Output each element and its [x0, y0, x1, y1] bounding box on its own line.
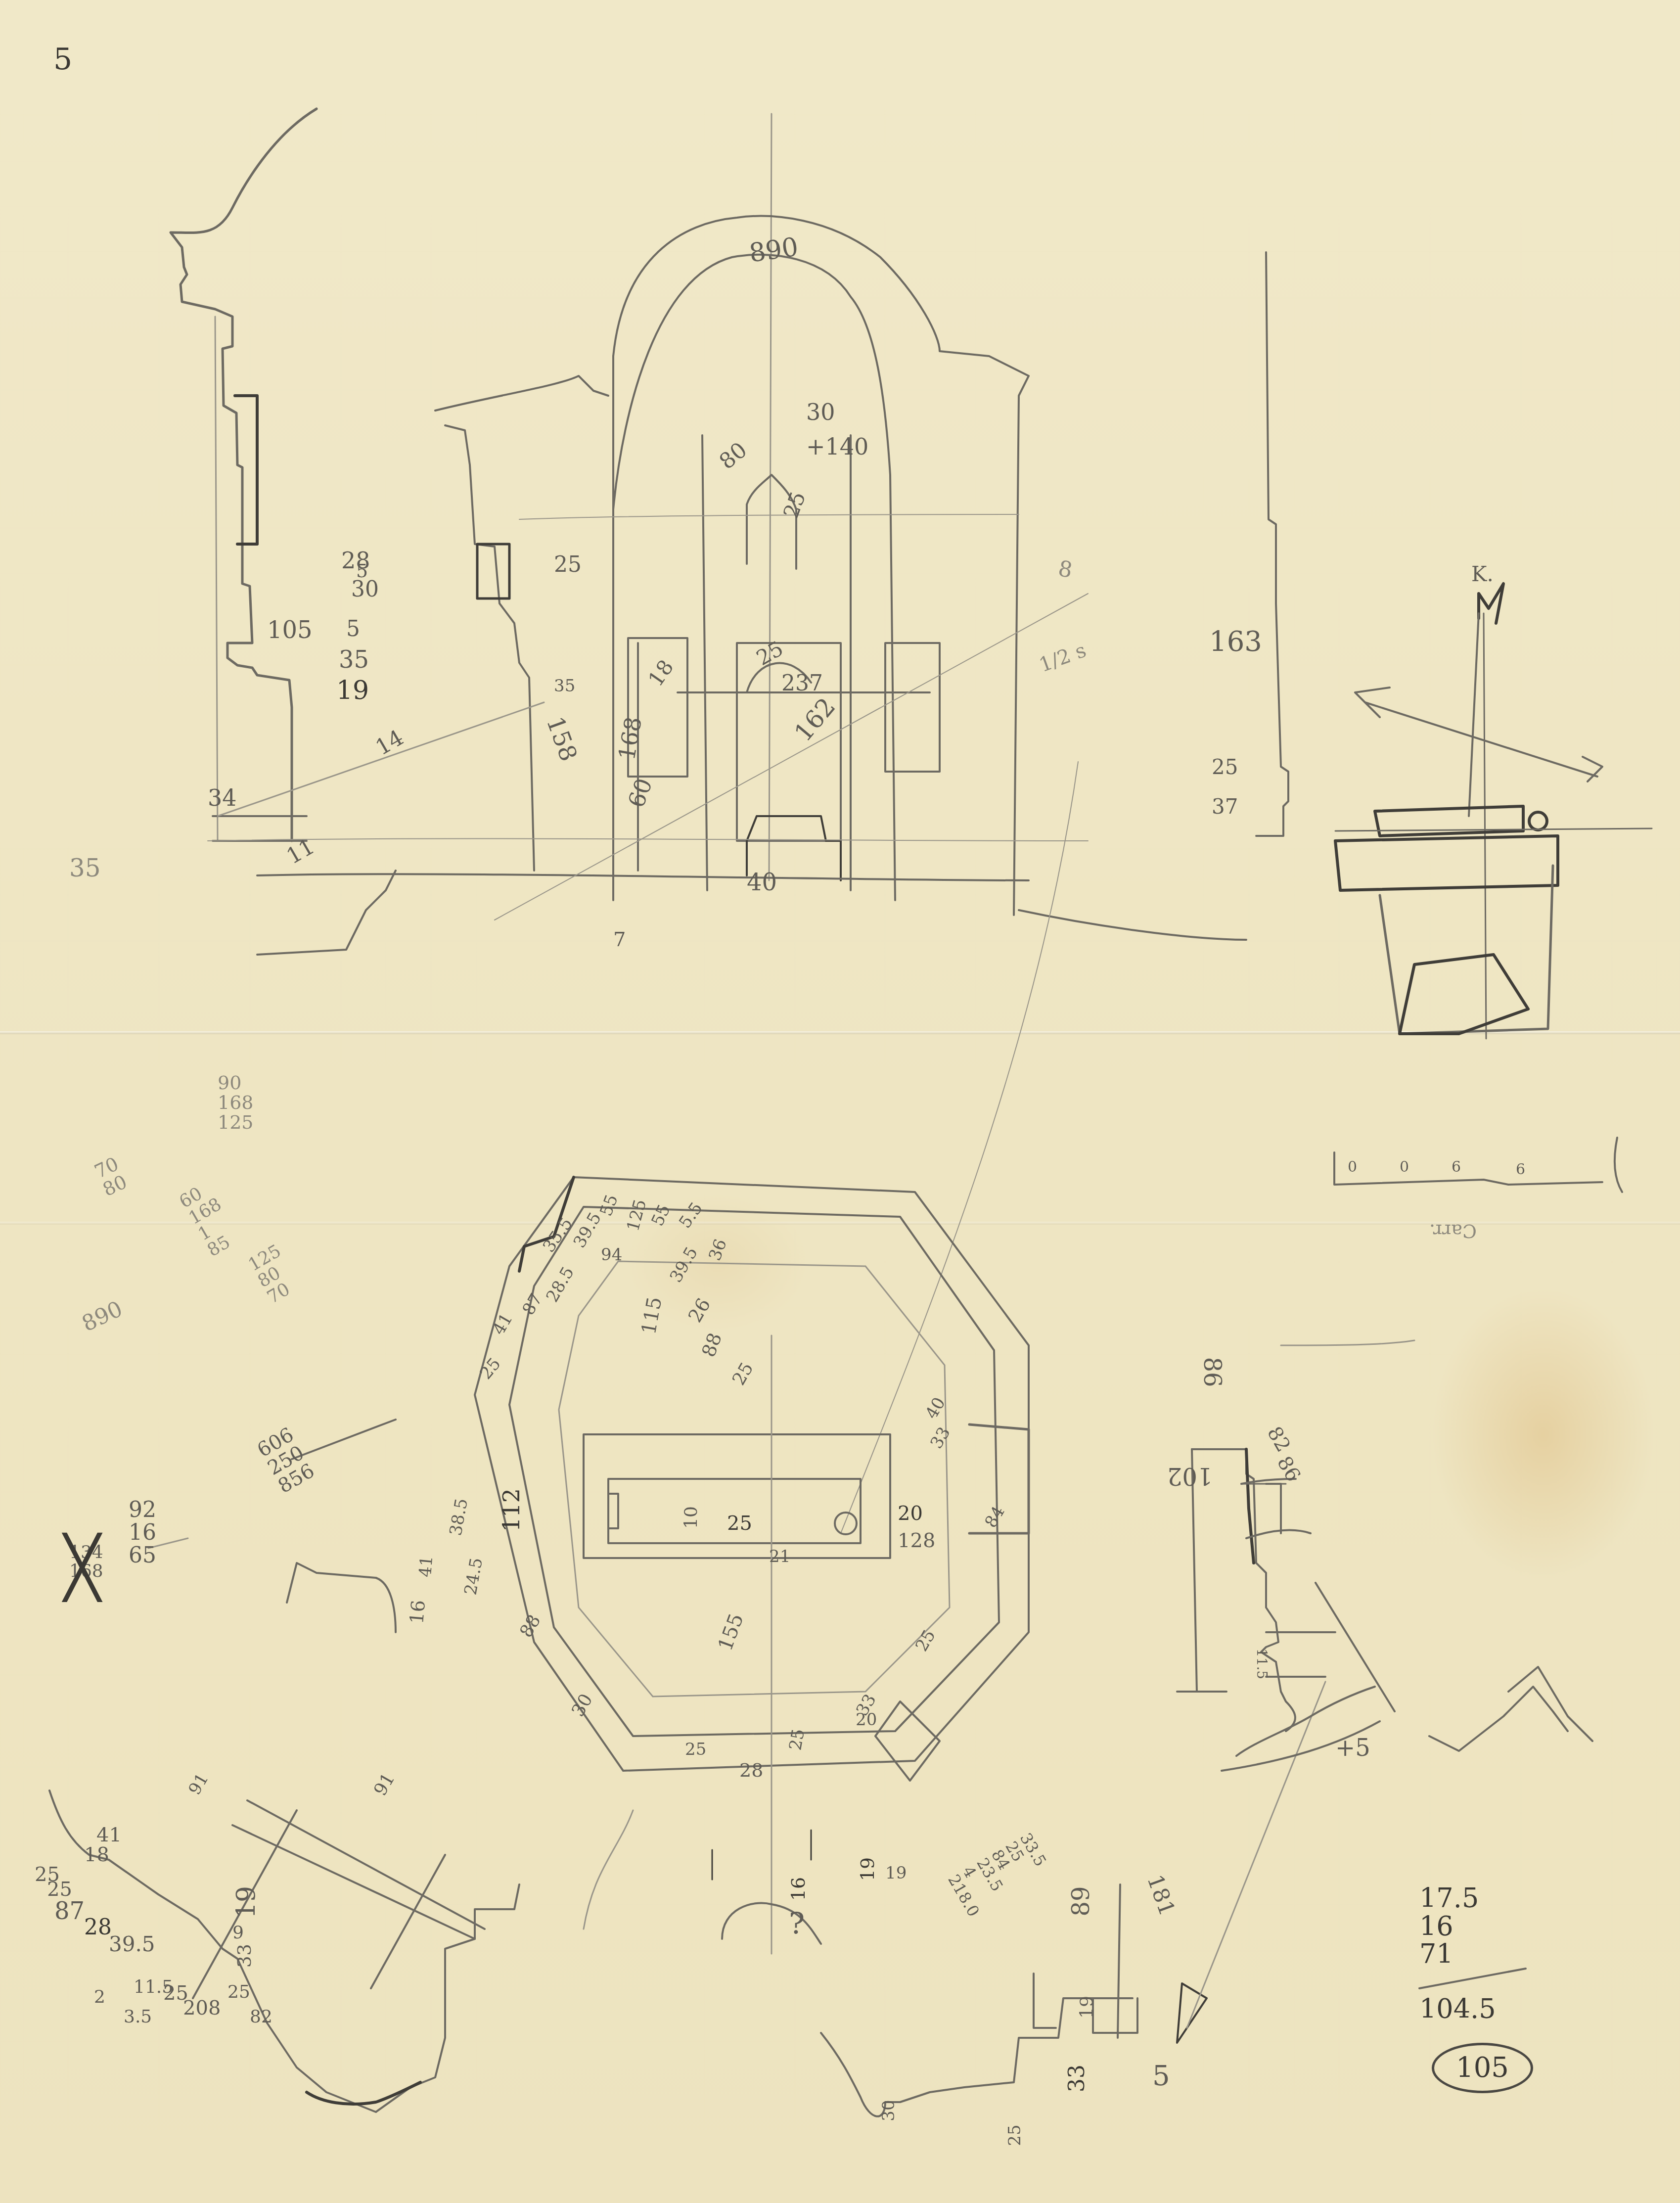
section-dimension: 35 — [554, 678, 575, 694]
plan-dimension: 21 — [769, 1548, 790, 1565]
detail-dimension: 25 — [227, 1983, 250, 2001]
detail-dimension: 19 — [1078, 1996, 1096, 2019]
arch-apex-dimension: 890 — [748, 234, 800, 266]
circled-result: 105 — [1432, 2043, 1533, 2093]
door-dimension: 168 — [615, 715, 645, 762]
section-dimension: 35 — [339, 648, 369, 672]
detail-dimension: 3.5 — [124, 2008, 152, 2026]
plan-dimension: 10 — [682, 1506, 700, 1529]
cornice-dimension: +140 — [806, 435, 868, 458]
plan-dimension: 20 — [898, 1504, 923, 1523]
profile-dimension: 11.5 — [1255, 1649, 1269, 1679]
plan-dimension: 16 — [789, 1877, 808, 1901]
scale-bar — [1334, 1138, 1622, 1192]
detail-dimension: 208 — [183, 1998, 221, 2018]
section-dimension: 25 — [554, 554, 582, 576]
door-dimension: 40 — [747, 871, 777, 894]
profile-dimension: 25 — [1212, 757, 1238, 778]
right-mid-profile — [1177, 1340, 1592, 1771]
lower-center-detail — [722, 1682, 1325, 2116]
detail-dimension: 2 — [94, 1988, 105, 2006]
chapel-elevation — [208, 114, 1246, 1533]
plan-dimension: 112 — [500, 1488, 523, 1532]
cornice-dimension: 30 — [806, 401, 835, 423]
door-dimension: 237 — [781, 673, 823, 694]
section-dimension: 7 — [613, 930, 626, 950]
plan-dimension: 128 — [898, 1531, 935, 1551]
scale-caption: Carr. — [1429, 1222, 1477, 1240]
detail-dimension: 25 — [1006, 2124, 1023, 2146]
right-profile-line — [1256, 252, 1288, 836]
cross-out-mark: ╳ — [64, 1538, 100, 1598]
section-dimension: 5 — [346, 618, 360, 640]
detail-dimension: 89 — [1069, 1886, 1093, 1916]
profile-dimension: 102 — [1167, 1464, 1213, 1488]
detail-dimension: 39.5 — [109, 1934, 155, 1955]
profile-dimension: 86 — [1200, 1357, 1224, 1387]
section-dimension: 19 — [336, 678, 369, 703]
margin-calc-stack: 92 16 65 — [129, 1499, 156, 1567]
query-mark: ? — [789, 1909, 805, 1939]
octagon-plan — [287, 1177, 1029, 1954]
detail-dimension: 19 — [233, 1886, 259, 1919]
plan-dimension: 94 — [601, 1246, 622, 1263]
plan-dimension: 41 — [417, 1555, 436, 1578]
profile-dimension: 37 — [1212, 796, 1238, 817]
detail-dimension: 25 — [47, 1880, 72, 1899]
dimension-sum: 17.5 16 71 — [1419, 1884, 1479, 1969]
detail-label: K. — [1471, 564, 1494, 585]
detail-dimension: 9 — [232, 1924, 244, 1942]
section-dimension: 35 — [69, 856, 101, 880]
sum-rules — [148, 1420, 1526, 1988]
detail-dimension: 82 — [250, 2008, 272, 2026]
plan-dimension: 25 — [685, 1741, 706, 1758]
plan-dimension: 19 — [858, 1857, 877, 1881]
section-dimension: 30 — [351, 579, 379, 600]
plan-dimension: 25 — [727, 1514, 752, 1533]
plan-dimension: 16 — [407, 1599, 428, 1624]
detail-dimension: 28 — [84, 1917, 112, 1938]
detail-dimension: 5 — [1152, 2063, 1170, 2090]
detail-dimension: 87 — [54, 1899, 85, 1923]
detail-dimension: 33 — [235, 1944, 254, 1968]
plan-dimension: 20 — [856, 1711, 877, 1728]
detail-dimension: 41 — [96, 1825, 122, 1845]
scale-tick: 0 — [1400, 1160, 1409, 1175]
profile-dimension: +5 — [1335, 1736, 1370, 1760]
plan-dimension: 19 — [885, 1865, 907, 1882]
dimension-sum-total: 104.5 — [1419, 1996, 1496, 2022]
page-number: 5 — [53, 45, 72, 74]
scale-tick: 6 — [1452, 1160, 1461, 1175]
detail-dimension: 18 — [84, 1845, 109, 1865]
scale-tick: 0 — [1348, 1160, 1357, 1175]
capital-detail-k — [1335, 584, 1652, 1039]
section-dimension: 34 — [208, 786, 237, 809]
detail-dimension: 30 — [880, 2100, 897, 2121]
plan-dimension: 25 — [787, 1728, 807, 1752]
profile-dimension: 163 — [1209, 628, 1262, 656]
plan-dimension: 28 — [739, 1761, 763, 1780]
section-dimension: 105 — [267, 618, 313, 642]
scale-tick: 6 — [1516, 1162, 1525, 1177]
margin-calc-stack: 90 168 125 — [218, 1073, 254, 1133]
detail-dimension: 33 — [1066, 2065, 1088, 2092]
left-wall-section — [171, 109, 317, 841]
